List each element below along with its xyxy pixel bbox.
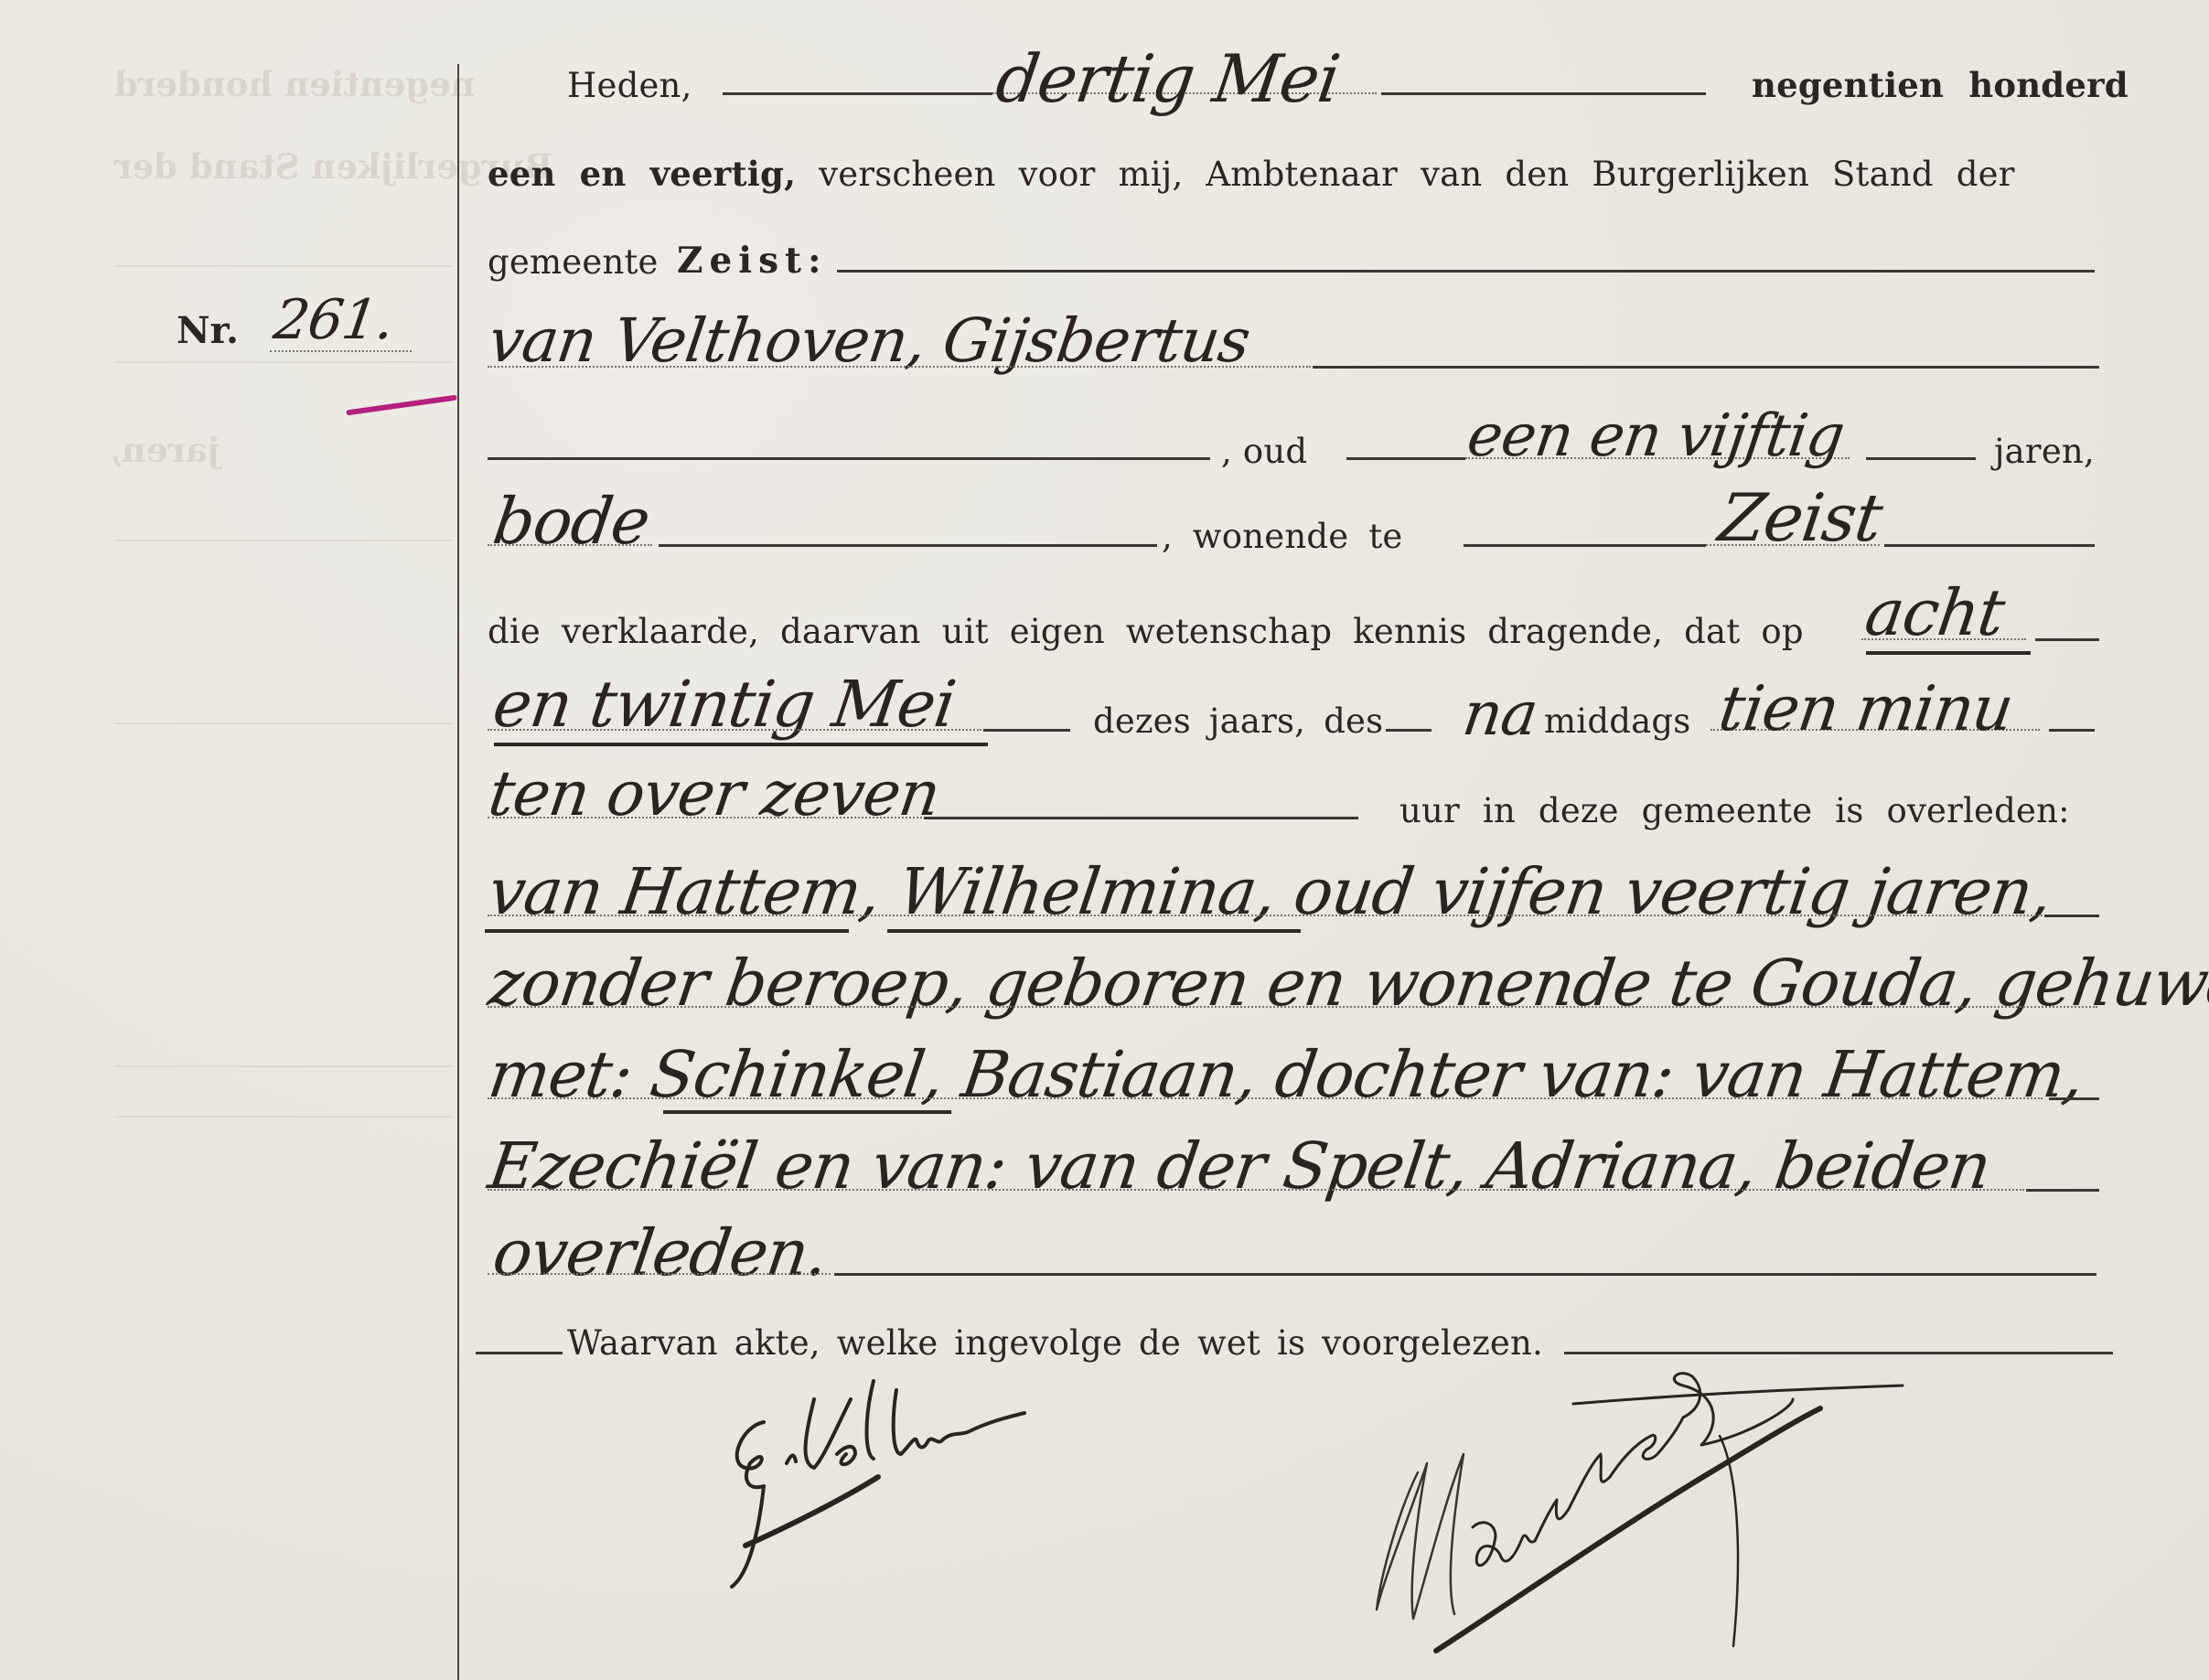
printed-dezes-jaars: dezes jaars, des: [1093, 704, 1383, 738]
dotted-line: [488, 366, 1311, 368]
fill-rule: [488, 457, 1210, 460]
declarant-signature: G. v. Velthoven: [677, 1354, 1244, 1646]
fill-rule: [2049, 729, 2095, 732]
printed-line-9: uur in deze gemeente is overleden:: [1399, 794, 2070, 828]
dotted-line: [488, 1273, 831, 1275]
fill-rule: [1313, 366, 2099, 369]
bleed-through-rule: [114, 1116, 453, 1118]
handwritten-death-day-1: acht: [1861, 581, 2008, 645]
handwritten-declarant-age: een en vijftig: [1464, 407, 1848, 465]
handwritten-daypart: na: [1459, 684, 1540, 744]
dotted-line: [488, 1189, 2024, 1191]
printed-line-7: die verklaarde, daarvan uit eigen wetens…: [488, 615, 1804, 648]
printed-wonende-te: , wonende te: [1162, 519, 1403, 553]
bleed-through-rule: [114, 361, 453, 363]
printed-jaren: jaren,: [1994, 434, 2095, 468]
fill-rule: [983, 729, 1070, 732]
printed-municipality: Zeist:: [677, 243, 827, 279]
fill-rule: [1564, 1352, 2113, 1354]
underline-spouse: [663, 1110, 951, 1114]
handwritten-declarant-name: van Velthoven, Gijsbertus: [485, 311, 1253, 371]
fill-rule: [723, 92, 992, 95]
fill-rule: [837, 270, 2095, 273]
bleed-through-rule: [114, 1065, 453, 1067]
handwritten-declarant-residence: Zeist: [1715, 485, 1886, 551]
fill-rule: [834, 1273, 2096, 1276]
handwritten-date-day: dertig Mei: [992, 46, 1344, 112]
dotted-line: [488, 915, 2043, 916]
fill-rule: [1381, 92, 1706, 95]
fill-rule: [1464, 544, 1706, 547]
bleed-through-rule: [114, 540, 453, 541]
printed-middags: middags: [1544, 704, 1690, 738]
registrar-signature: W. Caurter: [1317, 1372, 2140, 1680]
printed-oud: , oud: [1221, 434, 1307, 468]
bleed-through-text: jaren,: [110, 430, 220, 470]
printed-line-2: een en veertig, verscheen voor mij, Ambt…: [488, 157, 2015, 191]
printed-year-suffix: een en veertig,: [488, 154, 796, 194]
fill-rule: [1866, 457, 1976, 460]
margin-divider: [457, 64, 459, 1680]
fill-rule: [2035, 638, 2099, 641]
underline: [494, 743, 988, 746]
underline-surname: [485, 929, 849, 933]
printed-year-prefix: negentien honderd: [1752, 69, 2129, 102]
printed-heden: Heden,: [567, 69, 692, 102]
fill-rule: [1386, 729, 1432, 732]
bleed-through-rule: [114, 722, 453, 724]
underline: [1866, 651, 2031, 655]
bleed-through-text: negentien honderd: [114, 64, 475, 104]
printed-line-2-rest: verscheen voor mij, Ambtenaar van den Bu…: [819, 155, 2014, 194]
printed-gemeente: gemeente: [488, 245, 659, 279]
dotted-line: [270, 350, 412, 352]
fill-rule: [476, 1352, 563, 1354]
fill-rule: [659, 544, 1157, 547]
fill-rule: [2044, 915, 2099, 917]
fill-rule: [1884, 544, 2095, 547]
margin-check-mark: [346, 395, 457, 416]
fill-rule: [2026, 1189, 2099, 1192]
handwritten-death-day-2: en twintig Mei: [489, 672, 959, 736]
dotted-line: [488, 544, 652, 546]
fill-rule: [2049, 1097, 2099, 1100]
handwritten-deceased-line-5: overleden.: [489, 1221, 831, 1285]
document-page: negentien honderd Burgerlijken Stand der…: [0, 0, 2209, 1680]
bleed-through-rule: [114, 265, 453, 267]
handwritten-death-time-1: tien minu: [1715, 679, 2016, 741]
dotted-line: [488, 1097, 2043, 1099]
fill-rule: [1346, 457, 1465, 460]
underline-firstname: [887, 929, 1301, 933]
dotted-line: [488, 817, 922, 819]
dotted-line: [488, 729, 981, 731]
dotted-line: [488, 1006, 2097, 1008]
fill-rule: [924, 817, 1358, 819]
record-number: 261.: [271, 293, 397, 348]
record-number-label: Nr.: [177, 309, 239, 352]
